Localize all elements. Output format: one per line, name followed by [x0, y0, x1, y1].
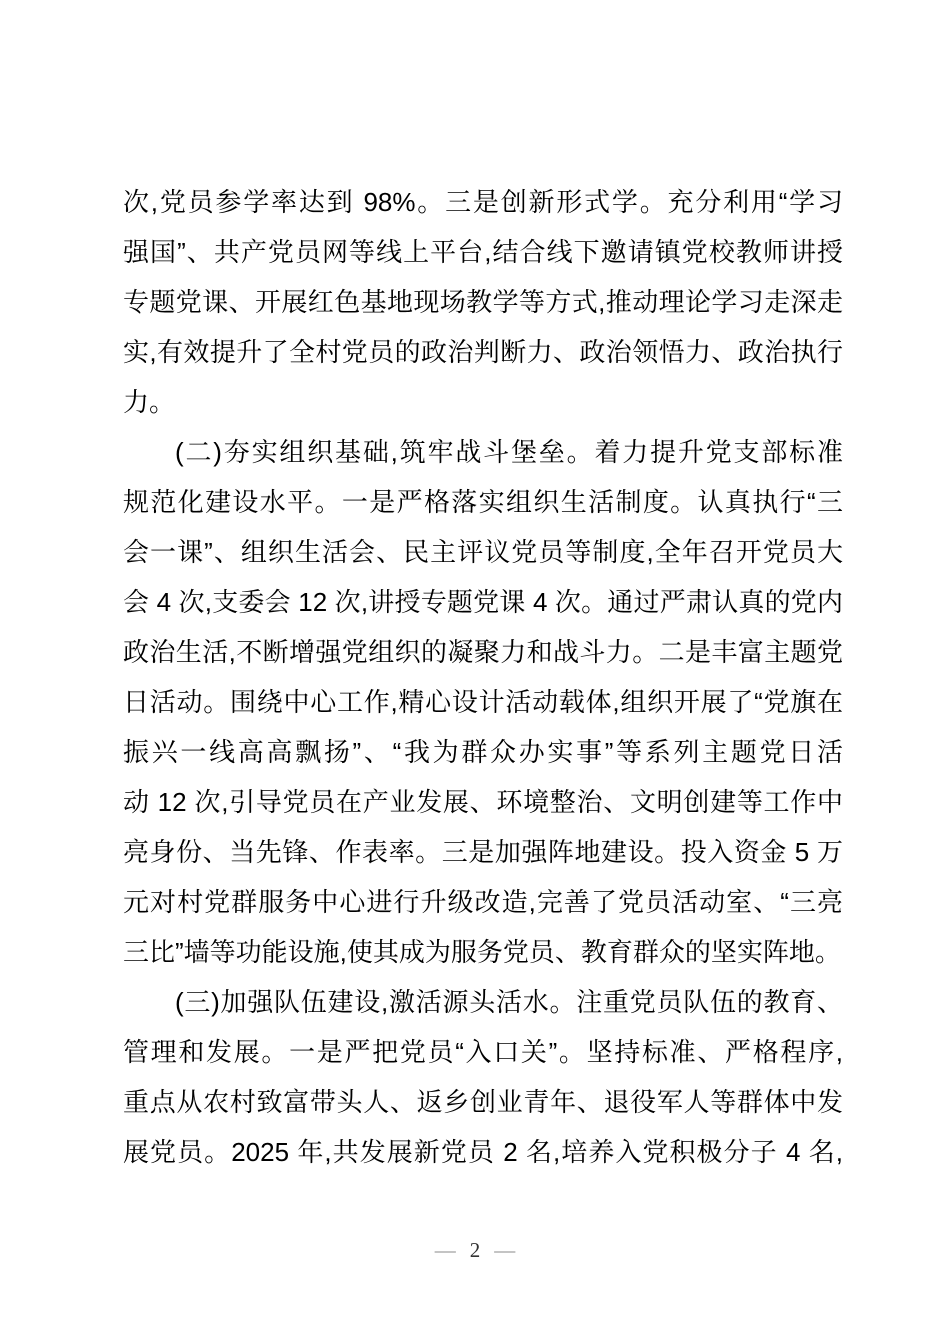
body-line: 振兴一线高高飘扬”、“我为群众办实事”等系列主题党日活: [123, 727, 843, 777]
body-line: 管理和发展。一是严把党员“入口关”。坚持标准、严格程序,: [123, 1027, 843, 1077]
body-line: 日活动。围绕中心工作,精心设计活动载体,组织开展了“党旗在: [123, 677, 843, 727]
body-line: 重点从农村致富带头人、返乡创业青年、退役军人等群体中发: [123, 1077, 843, 1127]
body-line: 政治生活,不断增强党组织的凝聚力和战斗力。二是丰富主题党: [123, 627, 843, 677]
footer-right-dash: —: [494, 1238, 515, 1262]
body-line: 亮身份、当先锋、作表率。三是加强阵地建设。投入资金 5 万: [123, 827, 843, 877]
body-line: 元对村党群服务中心进行升级改造,完善了党员活动室、“三亮: [123, 877, 843, 927]
body-line: 会一课”、组织生活会、民主评议党员等制度,全年召开党员大: [123, 527, 843, 577]
body-line: 次,党员参学率达到 98%。三是创新形式学。充分利用“学习: [123, 177, 843, 227]
body-line: 三比”墙等功能设施,使其成为服务党员、教育群众的坚实阵地。: [123, 927, 843, 977]
body-line: 力。: [123, 377, 843, 427]
document-body: 次,党员参学率达到 98%。三是创新形式学。充分利用“学习强国”、共产党员网等线…: [123, 177, 843, 1177]
body-line: 展党员。2025 年,共发展新党员 2 名,培养入党积极分子 4 名,: [123, 1127, 843, 1177]
body-line: 实,有效提升了全村党员的政治判断力、政治领悟力、政治执行: [123, 327, 843, 377]
body-line: (二)夯实组织基础,筑牢战斗堡垒。着力提升党支部标准化、: [123, 427, 843, 477]
body-line: 规范化建设水平。一是严格落实组织生活制度。认真执行“三: [123, 477, 843, 527]
page-footer: —2—: [0, 1237, 950, 1263]
body-line: 动 12 次,引导党员在产业发展、环境整治、文明创建等工作中: [123, 777, 843, 827]
body-line: 会 4 次,支委会 12 次,讲授专题党课 4 次。通过严肃认真的党内: [123, 577, 843, 627]
footer-left-dash: —: [435, 1238, 456, 1262]
document-page: 次,党员参学率达到 98%。三是创新形式学。充分利用“学习强国”、共产党员网等线…: [0, 0, 950, 1344]
body-line: (三)加强队伍建设,激活源头活水。注重党员队伍的教育、: [123, 977, 843, 1027]
page-number: 2: [470, 1238, 481, 1262]
body-line: 强国”、共产党员网等线上平台,结合线下邀请镇党校教师讲授: [123, 227, 843, 277]
body-line: 专题党课、开展红色基地现场教学等方式,推动理论学习走深走: [123, 277, 843, 327]
